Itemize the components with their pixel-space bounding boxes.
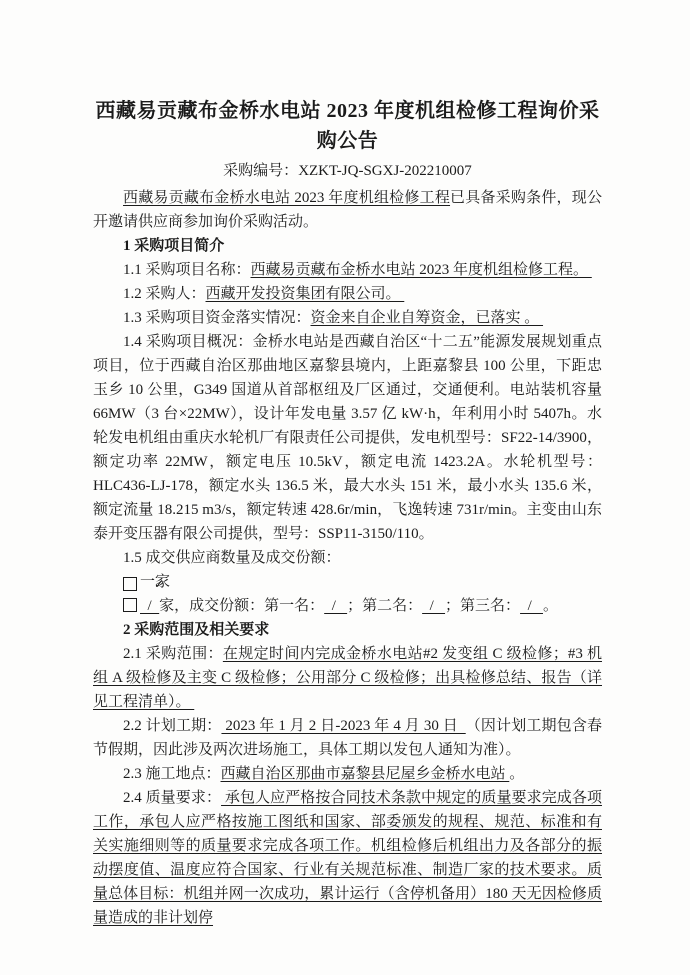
item-1-4-label: 1.4 采购项目概况： — [123, 334, 253, 350]
item-1-2-label: 1.2 采购人： — [123, 286, 206, 302]
award-option-multiple-suppliers: / 家，成交份额：第一名： / ；第二名： / ；第三名： / 。 — [93, 594, 602, 618]
item-2-4: 2.4 质量要求： 承包人应严格按合同技术条款中规定的质量要求完成各项工作，承包… — [93, 786, 602, 930]
item-1-4-value: 金桥水电站是西藏自治区“十二五”能源发展规划重点项目，位于西藏自治区那曲地区嘉黎… — [93, 334, 602, 542]
item-2-1: 2.1 采购范围：在规定时间内完成金桥水电站#2 发变组 C 级检修；#3 机组… — [93, 642, 602, 714]
section-1-heading: 1 采购项目简介 — [93, 234, 602, 258]
document-body: 西藏易贡藏布金桥水电站 2023 年度机组检修工程已具备采购条件，现公开邀请供应… — [93, 186, 602, 930]
item-2-2-value: 2023 年 1 月 2 日-2023 年 4 月 30 日 — [221, 718, 465, 734]
item-1-5-label: 1.5 成交供应商数量及成交份额： — [123, 550, 341, 566]
item-1-1-value: 西藏易贡藏布金桥水电站 2023 年度机组检修工程。 — [251, 262, 592, 278]
procurement-number-label: 采购编号： — [223, 163, 298, 179]
award-option-one-supplier: ✓一家 — [93, 570, 602, 594]
blank-slash-second: / — [422, 598, 445, 614]
item-2-2: 2.2 计划工期： 2023 年 1 月 2 日-2023 年 4 月 30 日… — [93, 714, 602, 762]
intro-project-name: 西藏易贡藏布金桥水电站 2023 年度机组检修工程 — [123, 190, 450, 206]
item-1-3-label: 1.3 采购项目资金落实情况： — [123, 310, 311, 326]
item-2-3-suffix: 。 — [509, 766, 524, 782]
item-2-3: 2.3 施工地点：西藏自治区那曲市嘉黎县尼屋乡金桥水电站 。 — [93, 762, 602, 786]
item-1-2: 1.2 采购人：西藏开发投资集团有限公司。 — [93, 282, 602, 306]
share-text-1: 家，成交份额：第一名： — [159, 598, 324, 614]
checked-checkbox-icon: ✓ — [123, 577, 137, 591]
item-2-4-value: 承包人应严格按合同技术条款中规定的质量要求完成各项工作，承包人应严格按施工图纸和… — [93, 790, 602, 926]
item-2-3-value: 西藏自治区那曲市嘉黎县尼屋乡金桥水电站 — [221, 766, 510, 782]
item-1-3-value: 资金来自企业自筹资金，已落实 。 — [311, 310, 544, 326]
section-2-heading: 2 采购范围及相关要求 — [93, 618, 602, 642]
blank-slash-third: / — [520, 598, 543, 614]
document-page: 西藏易贡藏布金桥水电站 2023 年度机组检修工程询价采购公告 采购编号：XZK… — [0, 0, 690, 975]
item-1-1-label: 1.1 采购项目名称： — [123, 262, 251, 278]
item-1-5: 1.5 成交供应商数量及成交份额： — [93, 546, 602, 570]
item-2-4-label: 2.4 质量要求： — [123, 790, 221, 806]
share-text-2: ；第二名： — [347, 598, 422, 614]
blank-slash-first: / — [324, 598, 347, 614]
procurement-number: 采购编号：XZKT-JQ-SGXJ-202210007 — [93, 156, 602, 186]
item-1-2-value: 西藏开发投资集团有限公司。 — [206, 286, 405, 302]
item-1-4: 1.4 采购项目概况：金桥水电站是西藏自治区“十二五”能源发展规划重点项目，位于… — [93, 330, 602, 546]
intro-paragraph: 西藏易贡藏布金桥水电站 2023 年度机组检修工程已具备采购条件，现公开邀请供应… — [93, 186, 602, 234]
award-option-one-supplier-label: 一家 — [140, 574, 170, 590]
unchecked-checkbox-icon — [123, 598, 137, 612]
item-1-3: 1.3 采购项目资金落实情况：资金来自企业自筹资金，已落实 。 — [93, 306, 602, 330]
procurement-number-value: XZKT-JQ-SGXJ-202210007 — [298, 163, 472, 179]
item-2-2-label: 2.2 计划工期： — [123, 718, 221, 734]
item-1-1: 1.1 采购项目名称：西藏易贡藏布金桥水电站 2023 年度机组检修工程。 — [93, 258, 602, 282]
item-2-3-label: 2.3 施工地点： — [123, 766, 221, 782]
document-title: 西藏易贡藏布金桥水电站 2023 年度机组检修工程询价采购公告 — [93, 96, 602, 156]
share-text-3: ；第三名： — [445, 598, 520, 614]
share-text-4: 。 — [543, 598, 558, 614]
item-2-1-label: 2.1 采购范围： — [123, 646, 223, 662]
blank-slash-count: / — [140, 598, 159, 614]
